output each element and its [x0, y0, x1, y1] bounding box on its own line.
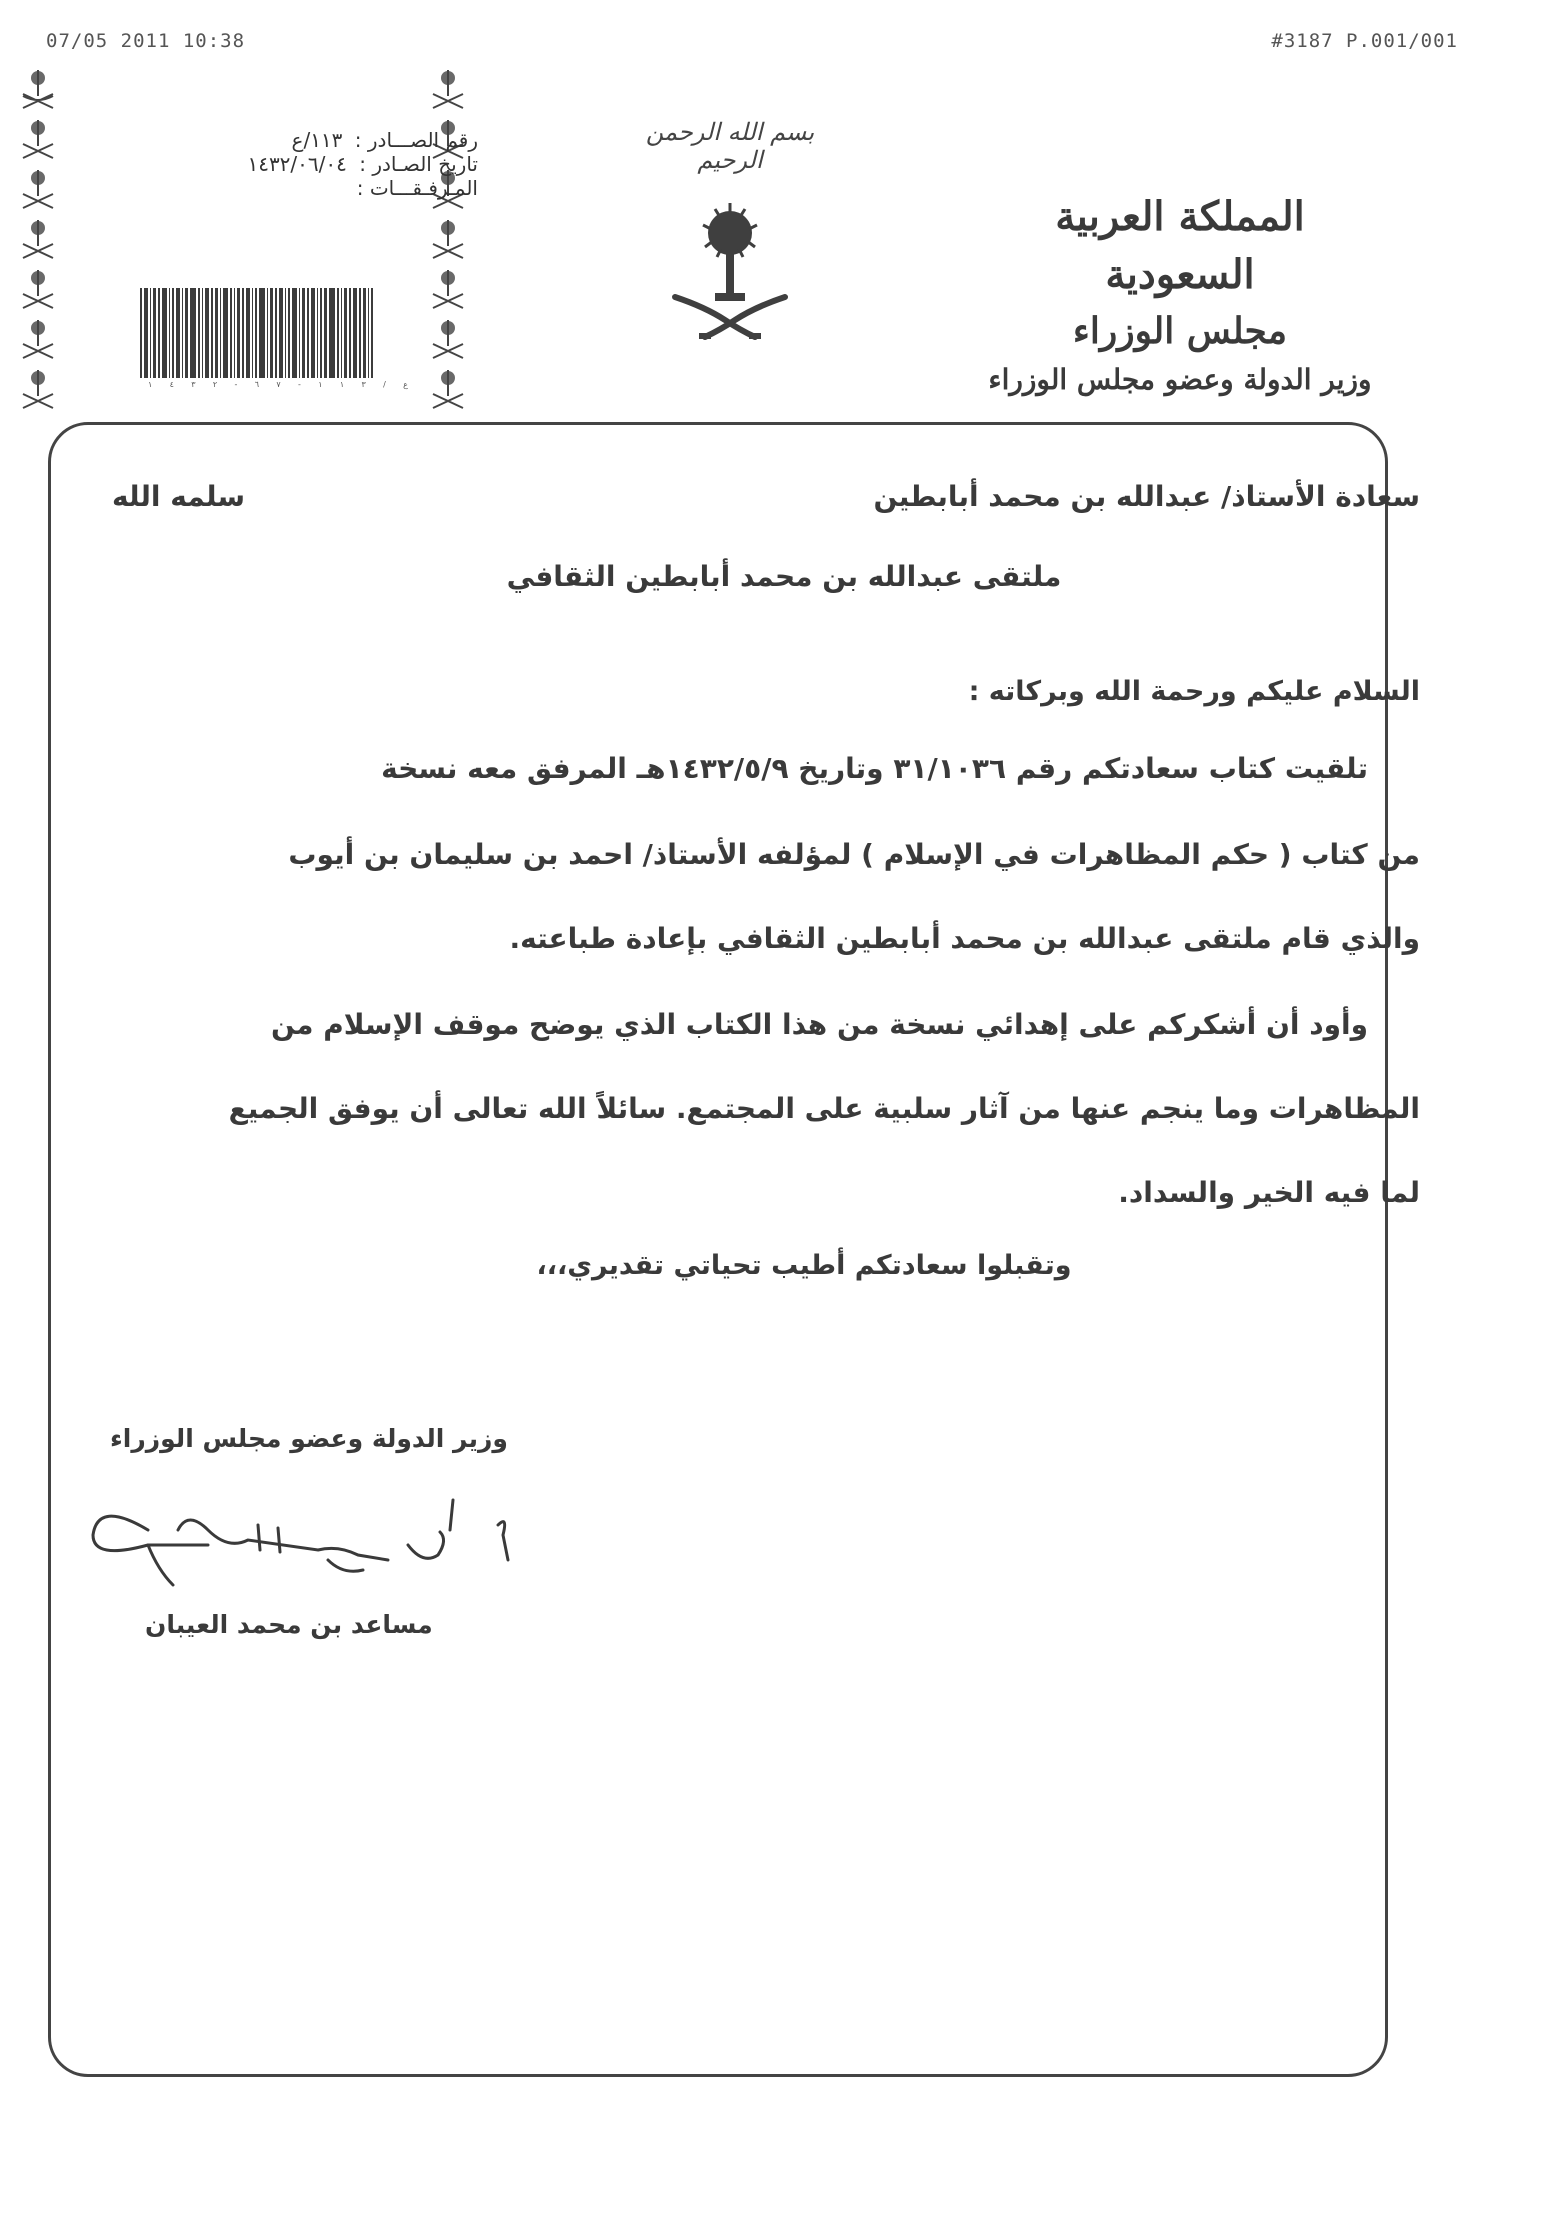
palm-swords-icon: [20, 368, 56, 418]
reference-block: رقم الصـــادر : ١١٣/ع تاريخ الصـادر : ١٤…: [158, 128, 478, 200]
outgoing-date-row: تاريخ الصـادر : ١٤٣٢/٠٦/٠٤: [158, 152, 478, 176]
palm-swords-icon: [20, 318, 56, 368]
barcode-digit: ١: [340, 380, 344, 389]
fax-page-reference: #3187 P.001/001: [1271, 30, 1458, 52]
barcode-digit: ٤: [170, 380, 174, 389]
council-name: مجلس الوزراء: [980, 304, 1380, 358]
addressee-honorific: سلمه الله: [112, 480, 245, 513]
signer-name: مساعد بن محمد العيبان: [145, 1610, 433, 1639]
greeting: السلام عليكم ورحمة الله وبركاته :: [969, 676, 1420, 707]
barcode-digit: ٣: [361, 380, 365, 389]
paragraph-1-line-3: والذي قام ملتقى عبدالله بن محمد أبابطين …: [509, 922, 1420, 955]
paragraph-2-line-1: وأود أن أشكركم على إهدائي نسخة من هذا ال…: [271, 1008, 1368, 1041]
signature-icon: [78, 1490, 618, 1600]
paragraph-1-line-2: من كتاب ( حكم المظاهرات في الإسلام ) لمؤ…: [288, 838, 1420, 871]
barcode-digit: /: [383, 380, 386, 389]
outgoing-number-label: رقم الصـــادر :: [355, 128, 478, 152]
palm-swords-icon: [20, 168, 56, 218]
basmala: بسم الله الرحمن الرحيم: [640, 118, 820, 174]
country-name: المملكة العربية السعودية: [980, 188, 1380, 304]
attachments-row: المـرفـقـــات :: [158, 176, 478, 200]
barcode-digit: -: [235, 380, 238, 389]
barcode-digit: -: [298, 380, 301, 389]
attachments-label: المـرفـقـــات :: [357, 176, 478, 200]
saudi-emblem-icon: [665, 195, 795, 345]
decorative-emblem-column-left: [18, 68, 58, 418]
closing-remark: وتقبلوا سعادتكم أطيب تحياتي تقديري،،،: [0, 1250, 1568, 1281]
paragraph-2-line-2: المظاهرات وما ينجم عنها من آثار سلبية عل…: [229, 1092, 1420, 1125]
barcode-digit: ٢: [213, 380, 217, 389]
barcode-digit: ٦: [255, 380, 259, 389]
palm-swords-icon: [20, 68, 56, 118]
outgoing-number-value: ١١٣/ع: [292, 128, 343, 152]
paragraph-1-line-1: تلقيت كتاب سعادتكم رقم ٣١/١٠٣٦ وتاريخ ١٤…: [381, 752, 1368, 785]
palm-swords-icon: [20, 118, 56, 168]
palm-swords-icon: [430, 368, 466, 418]
barcode: [140, 288, 416, 378]
palm-swords-icon: [430, 318, 466, 368]
outgoing-number-row: رقم الصـــادر : ١١٣/ع: [158, 128, 478, 152]
decorative-emblem-column-right: [428, 68, 468, 418]
letter-subject: ملتقى عبدالله بن محمد أبابطين الثقافي: [0, 560, 1568, 593]
palm-swords-icon: [430, 268, 466, 318]
barcode-digit: ٧: [276, 380, 280, 389]
fax-datetime: 07/05 2011 10:38: [46, 30, 245, 52]
palm-swords-icon: [20, 268, 56, 318]
palm-swords-icon: [430, 218, 466, 268]
barcode-digit: ع: [403, 380, 408, 389]
palm-swords-icon: [430, 68, 466, 118]
barcode-digits: ١ ٤ ٣ ٢ - ٦ ٧ - ١ ١ ٣ / ع: [148, 380, 408, 389]
outgoing-date-value: ١٤٣٢/٠٦/٠٤: [247, 152, 346, 176]
palm-swords-icon: [20, 218, 56, 268]
paragraph-2-line-3: لما فيه الخير والسداد.: [1118, 1176, 1420, 1209]
barcode-digit: ١: [318, 380, 322, 389]
outgoing-date-label: تاريخ الصـادر :: [359, 152, 478, 176]
addressee: سعادة الأستاذ/ عبدالله بن محمد أبابطين: [874, 480, 1420, 513]
letterhead-organization: المملكة العربية السعودية مجلس الوزراء وز…: [980, 188, 1380, 402]
office-title: وزير الدولة وعضو مجلس الوزراء: [980, 358, 1380, 402]
signer-title: وزير الدولة وعضو مجلس الوزراء: [110, 1424, 508, 1453]
barcode-digit: ٣: [191, 380, 195, 389]
barcode-digit: ١: [148, 380, 152, 389]
